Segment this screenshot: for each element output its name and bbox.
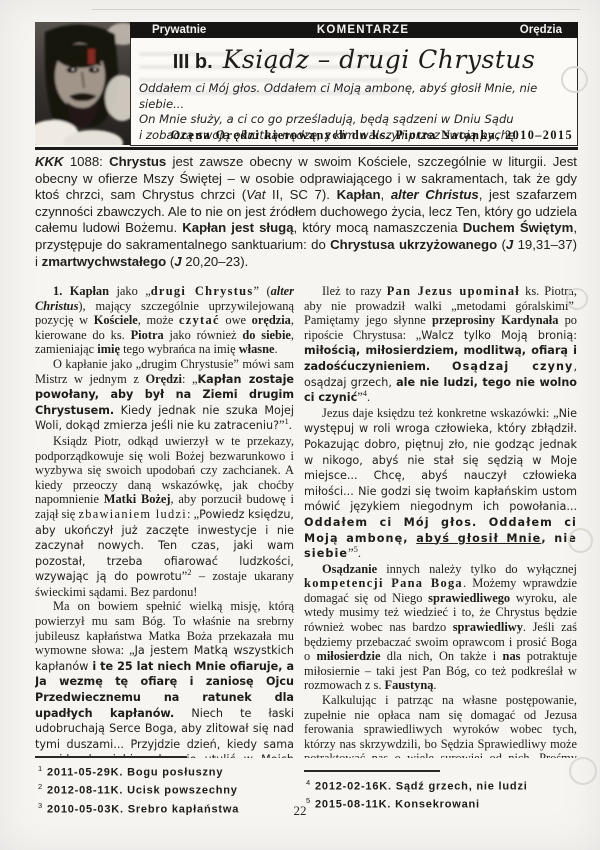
title-box: III b. Ksiądz – drugi Chrystus Oddałem c… bbox=[130, 38, 578, 146]
binder-hole-artifact bbox=[566, 288, 588, 310]
footnote-number: 1 bbox=[38, 764, 43, 773]
title-line: III b. Ksiądz – drugi Chrystus bbox=[131, 45, 577, 77]
header-divider bbox=[35, 147, 578, 150]
paragraph: Jezus daje księdzu też konkretne wskazów… bbox=[304, 406, 577, 562]
paragraph: Osądzanie innych należy tylko do wyłączn… bbox=[304, 562, 577, 693]
header-tab-oredzia: Orędzia bbox=[520, 24, 562, 36]
header-tab-komentarze: KOMENTARZE bbox=[317, 24, 409, 36]
paragraph: Ileż to razy Pan Jezus upominał ks. Piot… bbox=[304, 284, 577, 406]
footnote: 12011-05-29K. Bogu posłuszny bbox=[38, 762, 294, 780]
header-tab-prywatnie: Prywatnie bbox=[152, 24, 206, 36]
paragraph: Ma on bowiem spełnić wielką misję, którą… bbox=[35, 599, 294, 758]
footnote-divider-left bbox=[35, 756, 187, 758]
binder-hole-artifact bbox=[569, 757, 597, 785]
binder-hole-artifact bbox=[561, 66, 588, 93]
footnote: 22012-08-11K. Ucisk powszechny bbox=[38, 780, 294, 798]
paragraph: O kapłanie jako „drugim Chrystusie” mówi… bbox=[35, 357, 294, 434]
page-number: 22 bbox=[0, 803, 600, 819]
footnote-number: 4 bbox=[306, 778, 311, 787]
page-title: Ksiądz – drugi Chrystus bbox=[223, 45, 536, 74]
section-number: III b. bbox=[173, 51, 213, 74]
binder-hole-artifact bbox=[568, 528, 593, 553]
header-bar: Prywatnie KOMENTARZE Orędzia bbox=[130, 22, 578, 38]
footnote-text: 2011-05-29K. Bogu posłuszny bbox=[47, 767, 223, 779]
right-column: Ileż to razy Pan Jezus upominał ks. Piot… bbox=[304, 284, 577, 758]
jesus-portrait-image bbox=[35, 22, 130, 145]
paragraph: Ksiądz Piotr, odkąd uwierzył w te przeka… bbox=[35, 434, 294, 600]
footnote-divider-right bbox=[304, 770, 440, 772]
paragraph: 1. Kapłan jako „drugi Chrystus” (alter C… bbox=[35, 284, 294, 357]
footnote-text: 2012-02-16K. Sądź grzech, nie ludzi bbox=[315, 781, 528, 793]
footnote-number: 2 bbox=[38, 782, 43, 791]
paragraph: Kalkulując i patrząc na własne postępowa… bbox=[304, 693, 577, 758]
subtitle: Ocena Orędzi kierowanych do ks. Piotra N… bbox=[131, 128, 573, 143]
footnote: 42012-02-16K. Sądź grzech, nie ludzi bbox=[306, 776, 577, 794]
epigraph-line: Oddałem ci Mój głos. Oddałem ci Moją amb… bbox=[139, 81, 571, 112]
left-column: 1. Kapłan jako „drugi Chrystus” (alter C… bbox=[35, 284, 294, 758]
kkk-catechism-paragraph: KKK 1088: Chrystus jest zawsze obecny w … bbox=[35, 154, 577, 274]
epigraph-line: On Mnie służy, a ci co go prześladują, b… bbox=[139, 112, 571, 128]
footnote-text: 2012-08-11K. Ucisk powszechny bbox=[47, 785, 238, 797]
scan-edge-line bbox=[92, 9, 580, 10]
scanned-document-page: Prywatnie KOMENTARZE Orędzia III b. Ksią… bbox=[0, 0, 600, 850]
